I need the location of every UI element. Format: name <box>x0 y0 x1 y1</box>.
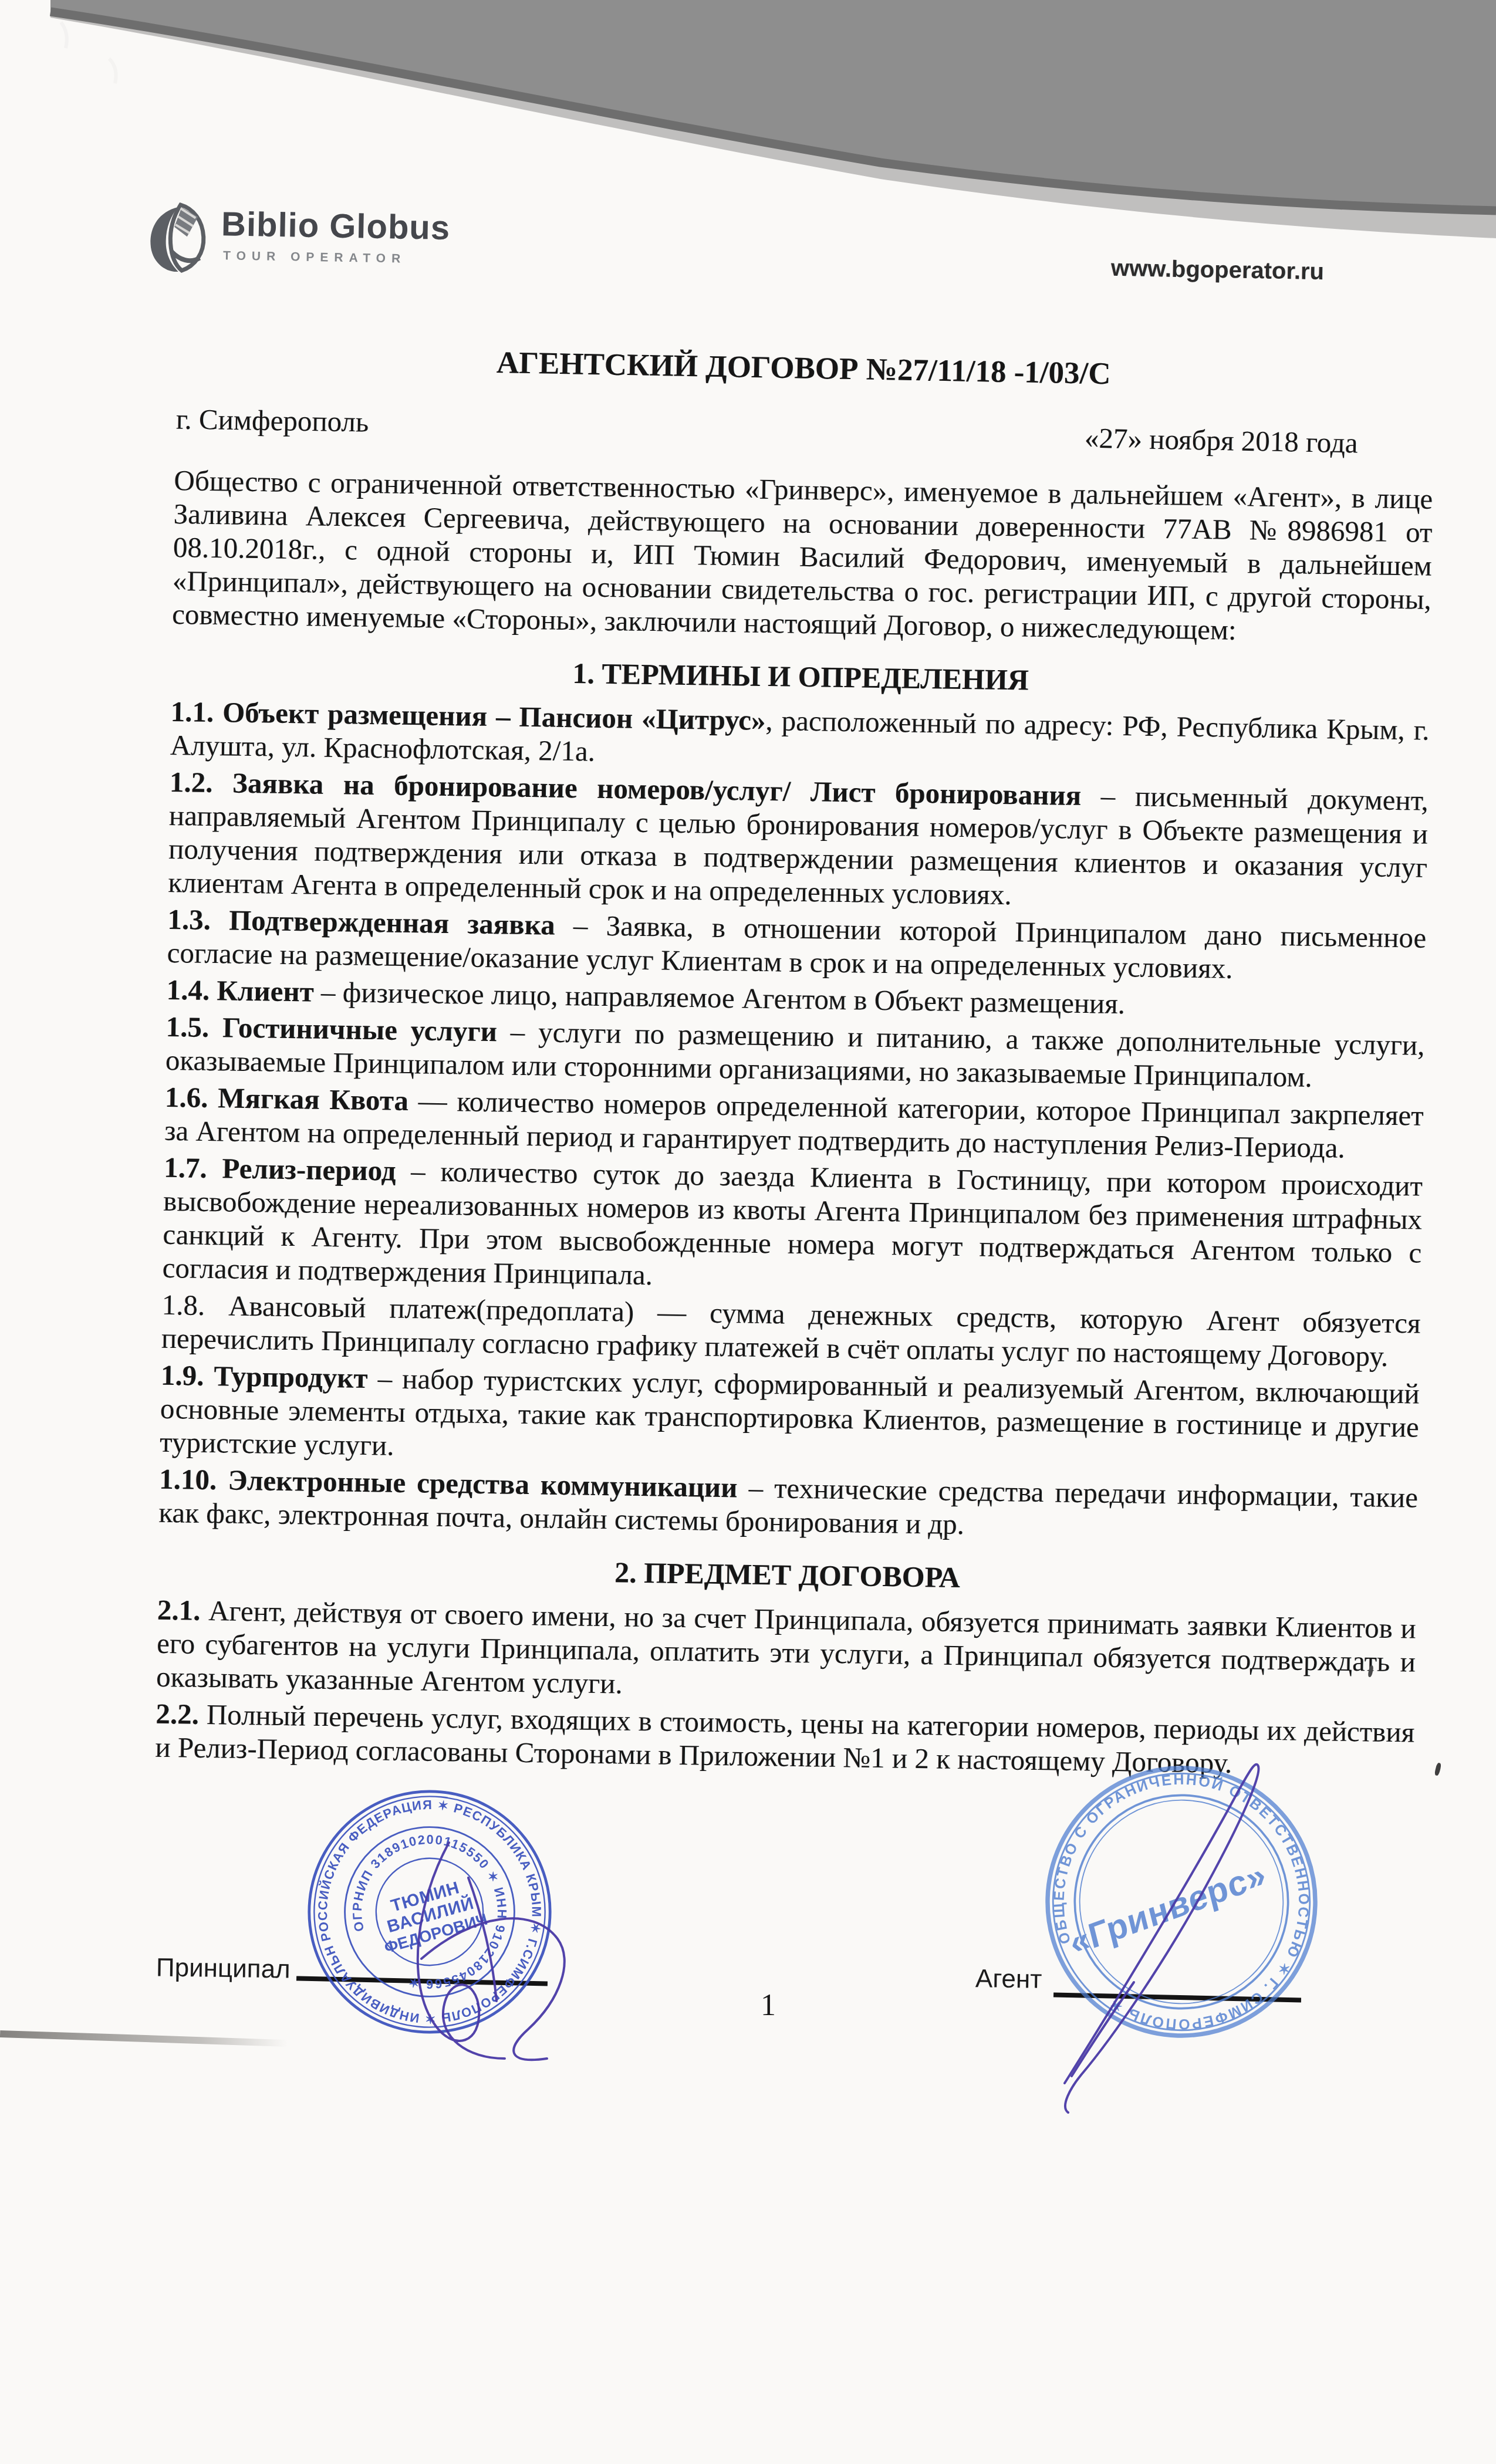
contract-clause: 1.7. Релиз-период – количество суток до … <box>162 1151 1423 1303</box>
scanned-page: Biblio Globus TOUR OPERATOR www.bgoperat… <box>0 0 1496 2464</box>
clause-term: Гостиничные услуги <box>222 1011 498 1047</box>
principal-label: Принципал <box>156 1953 291 1984</box>
date-label: «27» ноября 2018 года <box>1084 421 1358 460</box>
staple-mark-2 <box>109 59 116 83</box>
place-label: г. Симферополь <box>176 402 369 438</box>
clause-term: Электронные средства коммуникации <box>228 1464 738 1504</box>
clause-text: Авансовый платеж(предоплата) — сумма ден… <box>161 1290 1420 1373</box>
clause-number: 1.3. <box>167 903 229 937</box>
contract-clause: 1.2. Заявка на бронирование номеров/услу… <box>168 765 1429 918</box>
clause-number: 1.5. <box>166 1010 222 1043</box>
banner-dark-wave <box>50 0 1496 209</box>
intro-paragraph: Общество с ограниченной ответственностью… <box>172 464 1433 650</box>
brand-row: Biblio Globus TOUR OPERATOR <box>145 195 674 292</box>
clause-number: 1.6. <box>165 1081 218 1114</box>
website-url: www.bgoperator.ru <box>1111 255 1325 285</box>
clause-number: 2.2. <box>156 1698 207 1730</box>
page-number: 1 <box>761 1988 776 2023</box>
contract-clause: 1.10. Электронные средства коммуникации … <box>158 1462 1418 1548</box>
clause-term: Подтвержденная заявка <box>229 904 555 941</box>
clause-number: 1.2. <box>170 766 233 799</box>
clause-term: Релиз-период <box>222 1152 396 1187</box>
brand-subtitle: TOUR OPERATOR <box>223 249 406 266</box>
clause-number: 1.1. <box>170 695 222 728</box>
principal-signature <box>329 1807 634 2101</box>
clause-term: Мягкая Квота <box>218 1081 409 1117</box>
staple-mark-1 <box>61 22 67 48</box>
clause-number: 1.10. <box>159 1463 228 1496</box>
section-heading: 1. ТЕРМИНЫ И ОПРЕДЕЛЕНИЯ <box>171 651 1430 703</box>
biblio-globus-logo-icon <box>146 198 212 277</box>
ink-speck <box>1434 1762 1441 1776</box>
clause-text: Агент, действуя от своего имени, но за с… <box>156 1594 1416 1699</box>
contract-body: Общество с ограниченной ответственностью… <box>155 464 1433 1786</box>
sections: 1. ТЕРМИНЫ И ОПРЕДЕЛЕНИЯ1.1. Объект разм… <box>155 651 1430 1783</box>
agent-signature <box>1019 1731 1324 2118</box>
clause-number: 1.4. <box>166 974 217 1006</box>
clause-number: 1.9. <box>161 1359 214 1392</box>
document-title: АГЕНТСКИЙ ДОГОВОР №27/11/18 -1/03/С <box>175 339 1432 397</box>
clause-number: 1.8. <box>161 1289 228 1322</box>
contract-clause: 1.9. Турпродукт – набор туристских услуг… <box>160 1358 1420 1478</box>
scan-shadow-artifact <box>0 2030 288 2047</box>
section-heading: 2. ПРЕДМЕТ ДОГОВОРА <box>158 1549 1417 1601</box>
clause-number: 2.1. <box>157 1594 209 1627</box>
clause-number: 1.7. <box>164 1151 222 1184</box>
clause-term: Турпродукт <box>214 1360 368 1394</box>
clause-term: Клиент <box>217 974 314 1008</box>
contract-clause: 2.1. Агент, действуя от своего имени, но… <box>156 1593 1416 1712</box>
brand-name: Biblio Globus <box>221 204 451 248</box>
